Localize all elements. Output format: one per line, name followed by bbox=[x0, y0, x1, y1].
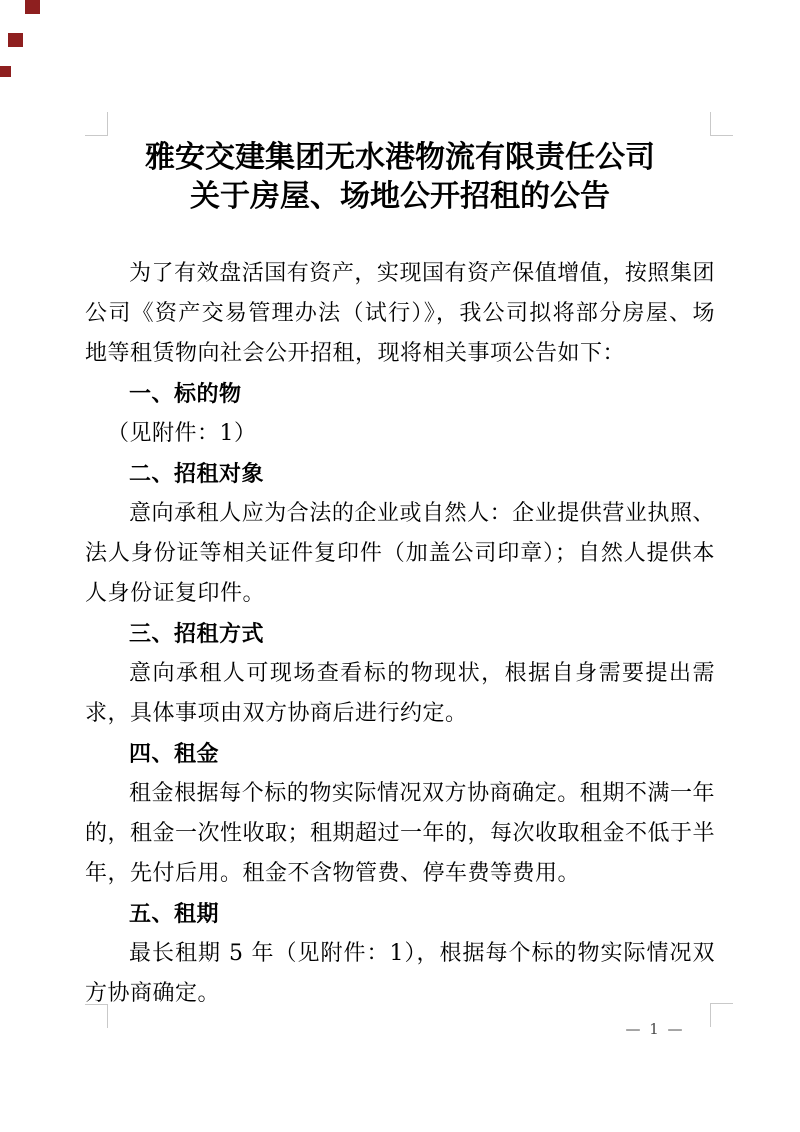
intro-paragraph: 为了有效盘活国有资产，实现国有资产保值增值，按照集团公司《资产交易管理办法（试行… bbox=[85, 254, 715, 374]
section-3-paragraph: 意向承租人可现场查看标的物现状，根据自身需要提出需求，具体事项由双方协商后进行约… bbox=[85, 654, 715, 734]
section-1-heading: 一、标的物 bbox=[85, 374, 715, 414]
page-number: — 1 — bbox=[600, 1020, 710, 1038]
section-5-heading: 五、租期 bbox=[85, 894, 715, 934]
document-text-column: 雅安交建集团无水港物流有限责任公司 关于房屋、场地公开招租的公告 为了有效盘活国… bbox=[85, 138, 715, 1014]
document-page: 雅安交建集团无水港物流有限责任公司 关于房屋、场地公开招租的公告 为了有效盘活国… bbox=[0, 0, 800, 1132]
document-body: 为了有效盘活国有资产，实现国有资产保值增值，按照集团公司《资产交易管理办法（试行… bbox=[85, 254, 715, 1014]
text-boundary-mark-top-left bbox=[85, 112, 108, 136]
document-title-line2: 关于房屋、场地公开招租的公告 bbox=[85, 177, 715, 216]
document-title-line1: 雅安交建集团无水港物流有限责任公司 bbox=[85, 138, 715, 177]
section-5-paragraph: 最长租期 5 年（见附件：1），根据每个标的物实际情况双方协商确定。 bbox=[85, 934, 715, 1014]
artifact-square bbox=[8, 33, 23, 47]
section-2-paragraph: 意向承租人应为合法的企业或自然人：企业提供营业执照、法人身份证等相关证件复印件（… bbox=[85, 494, 715, 614]
section-4-paragraph: 租金根据每个标的物实际情况双方协商确定。租期不满一年的，租金一次性收取；租期超过… bbox=[85, 774, 715, 894]
section-2-heading: 二、招租对象 bbox=[85, 454, 715, 494]
text-boundary-mark-top-right bbox=[710, 112, 733, 136]
section-3-heading: 三、招租方式 bbox=[85, 614, 715, 654]
section-1-paragraph: （见附件：1） bbox=[85, 414, 715, 454]
document-title: 雅安交建集团无水港物流有限责任公司 关于房屋、场地公开招租的公告 bbox=[85, 138, 715, 216]
artifact-square bbox=[25, 0, 40, 14]
section-4-heading: 四、租金 bbox=[85, 734, 715, 774]
artifact-square bbox=[0, 66, 11, 77]
